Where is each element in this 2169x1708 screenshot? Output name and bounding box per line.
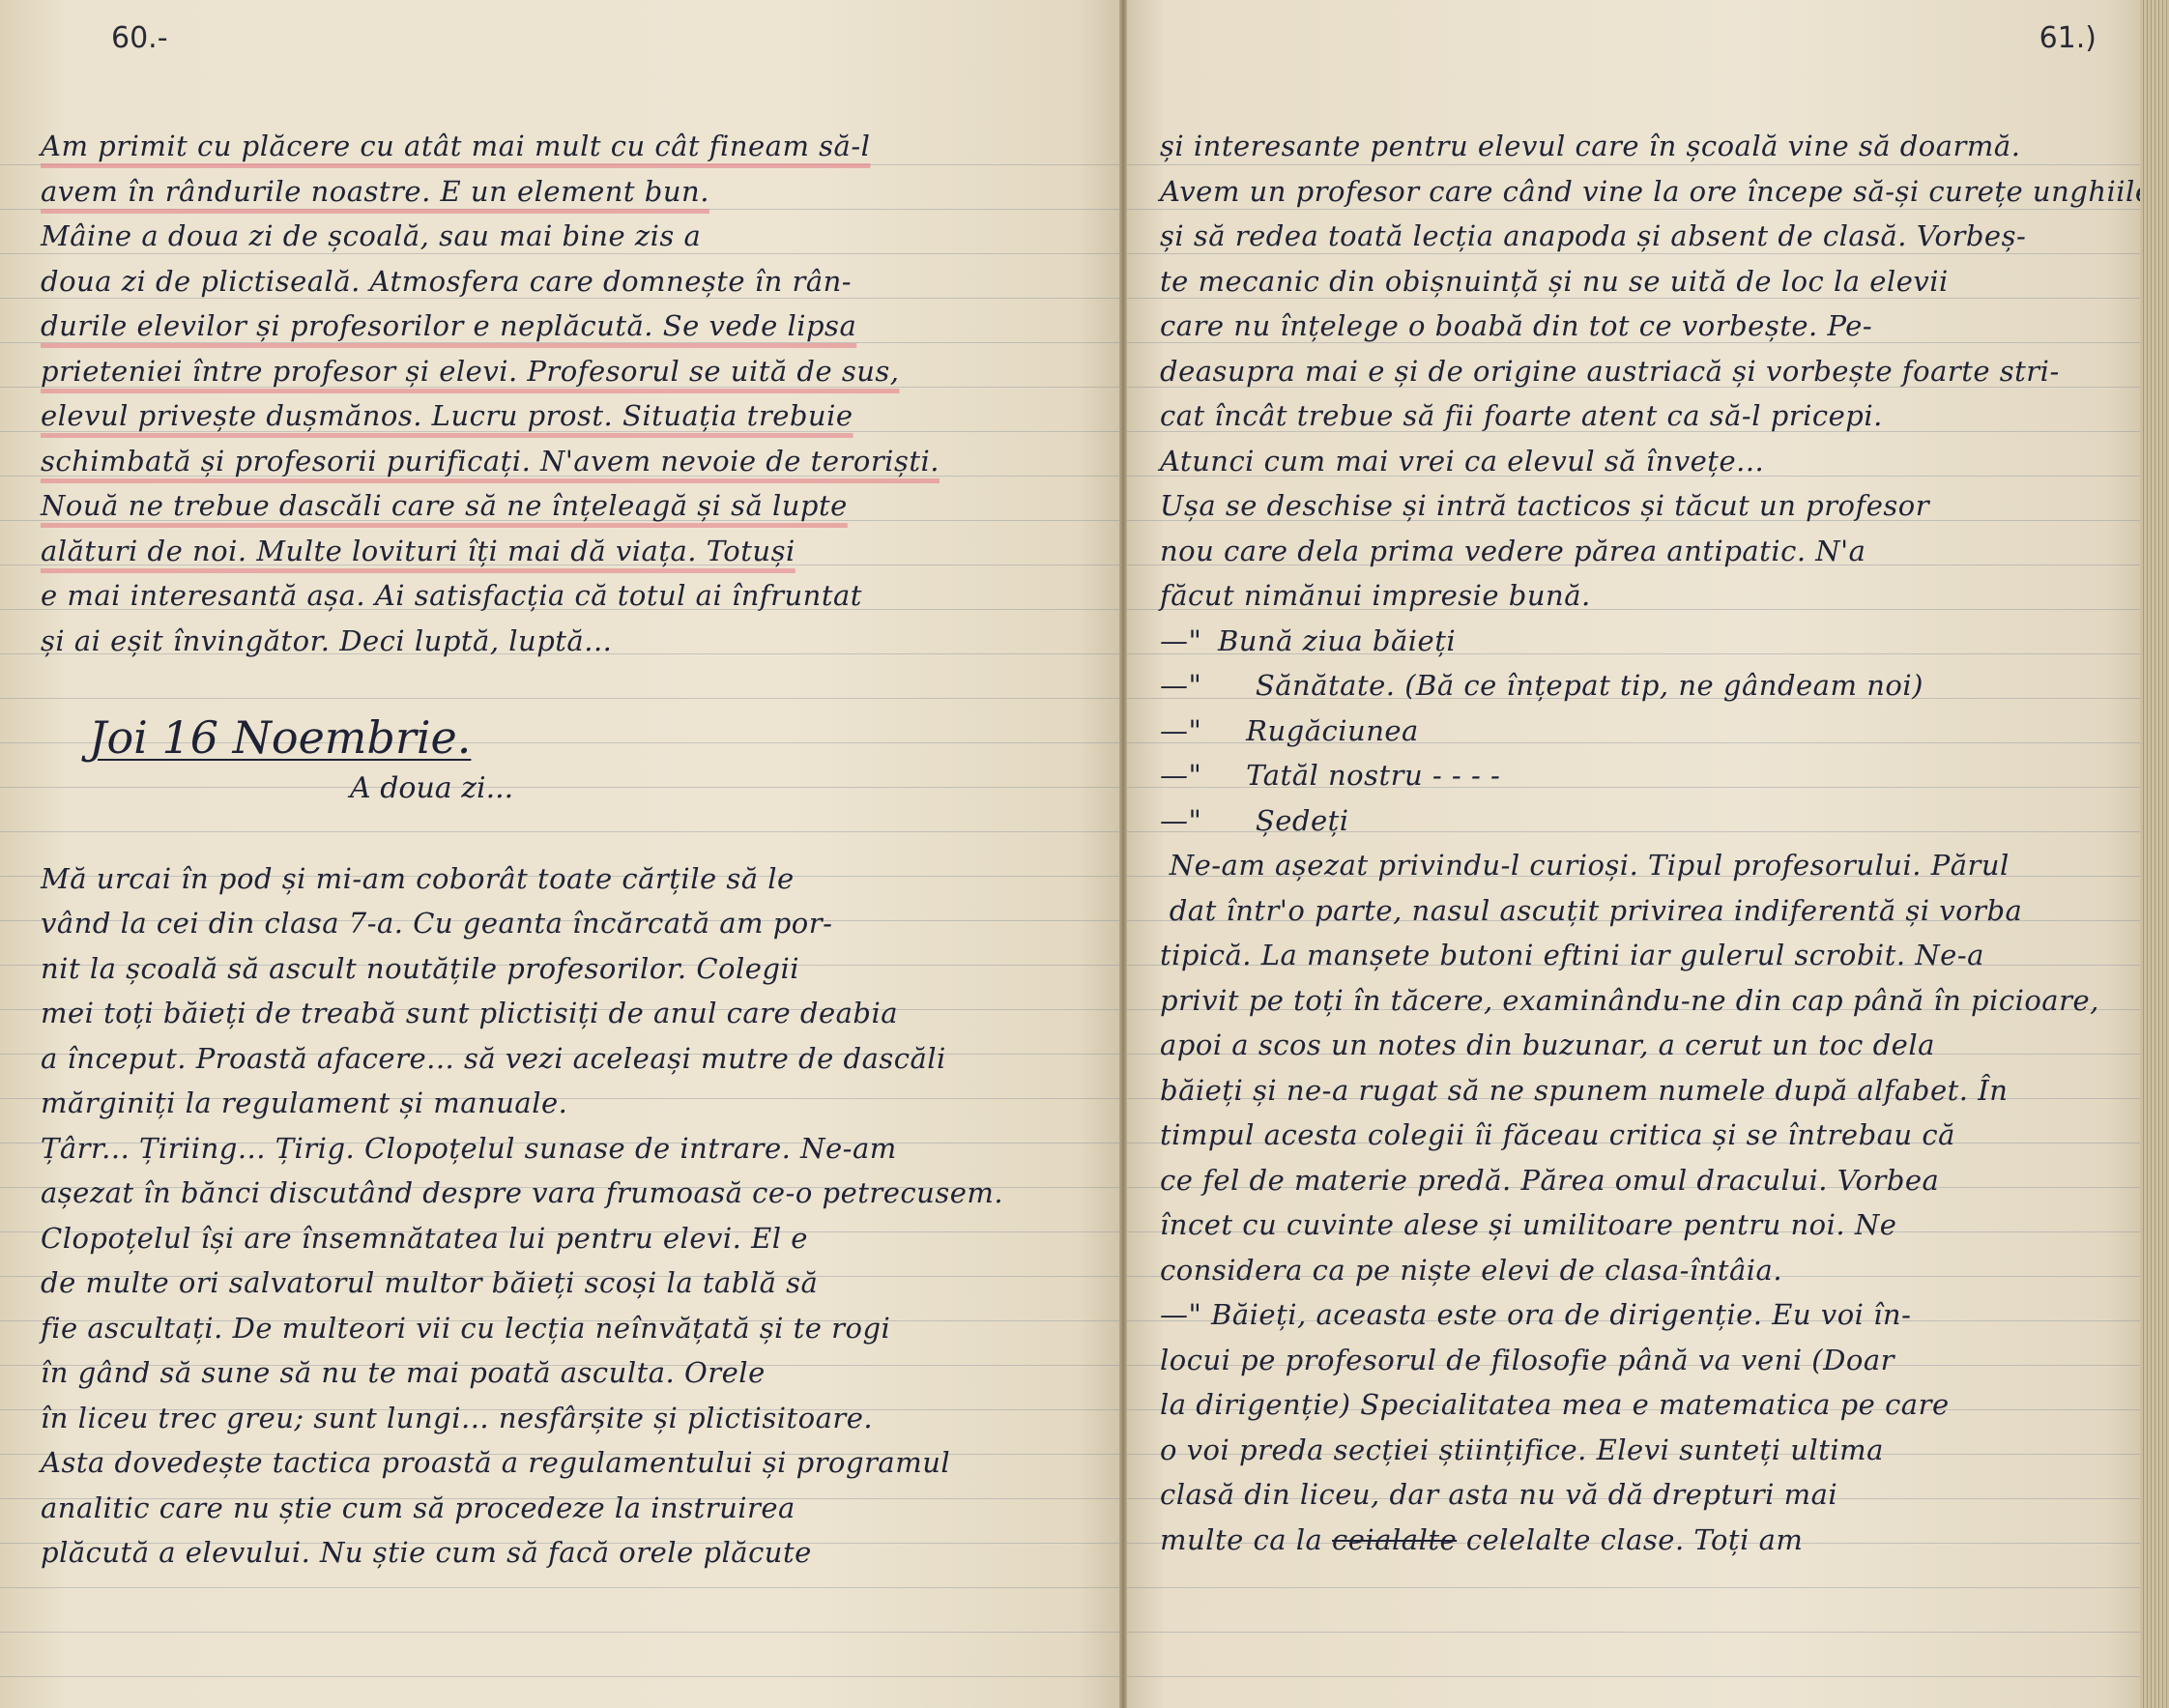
text-line: Ușa se deschise și intră tacticos și tăc…: [1160, 483, 2123, 529]
text-line: Atunci cum mai vrei ca elevul să învețe.…: [1160, 439, 2123, 484]
struck-word: ceialalte: [1332, 1523, 1457, 1556]
text-line: o voi preda secției științifice. Elevi s…: [1160, 1428, 2123, 1473]
text-line: cat încât trebue să fii foarte atent ca …: [1160, 393, 2123, 439]
page-edges: [2140, 0, 2169, 1708]
dialog-line: —" Rugăciunea: [1160, 709, 2123, 754]
text-line: mărginiți la regulament și manuale.: [41, 1081, 1084, 1126]
text-line: e mai interesantă așa. Ai satisfacția că…: [41, 573, 1084, 619]
text-line: în liceu trec greu; sunt lungi... nesfâr…: [41, 1396, 1084, 1441]
text-line: clasă din liceu, dar asta nu vă dă drept…: [1160, 1472, 2123, 1518]
text-line: și să redea toată lecția anapoda și abse…: [1160, 214, 2123, 259]
text-line: nou care dela prima vedere părea antipat…: [1160, 529, 2123, 574]
text-line: apoi a scos un notes din buzunar, a ceru…: [1160, 1023, 2123, 1068]
text-line: doua zi de plictiseală. Atmosfera care d…: [41, 259, 1084, 304]
book-spine-gutter: [1119, 0, 1127, 1708]
text-line: a început. Proastă afacere... să vezi ac…: [41, 1036, 1084, 1082]
text-line: făcut nimănui impresie bună.: [1160, 573, 2123, 619]
text-line: avem în rândurile noastre. E un element …: [41, 169, 1084, 215]
entry-date-heading: Joi 16 Noembrie.: [41, 709, 1084, 767]
text-line: Mă urcai în pod și mi-am coborât toate c…: [41, 856, 1084, 902]
text-line: locui pe profesorul de filosofie până va…: [1160, 1338, 2123, 1383]
dialog-text: Sănătate. (Bă ce înțepat tip, ne gândeam…: [1218, 669, 1923, 702]
text-line: considera ca pe niște elevi de clasa-înt…: [1160, 1248, 2123, 1293]
spacer: [41, 811, 1084, 856]
text-line: și interesante pentru elevul care în șco…: [1160, 124, 2123, 169]
text-line: Avem un profesor care când vine la ore î…: [1160, 169, 2123, 215]
text-line: alături de noi. Multe lovituri îți mai d…: [41, 529, 1084, 574]
text-line: privit pe toți în tăcere, examinându-ne …: [1160, 978, 2123, 1024]
text-line: băieți și ne-a rugat să ne spunem numele…: [1160, 1068, 2123, 1114]
text-line: elevul privește dușmănos. Lucru prost. S…: [41, 393, 1084, 439]
text-line: așezat în bănci discutând despre vara fr…: [41, 1171, 1084, 1216]
text-line: Clopoțelul își are însemnătatea lui pent…: [41, 1216, 1084, 1261]
text-line: Ne-am așezat privindu-l curioși. Tipul p…: [1160, 843, 2123, 888]
dialog-text: Rugăciunea: [1218, 714, 1419, 747]
text-line: care nu înțelege o boabă din tot ce vorb…: [1160, 304, 2123, 349]
text-line: durile elevilor și profesorilor e neplăc…: [41, 304, 1084, 349]
text-fragment: celelalte clase. Toți am: [1457, 1523, 1803, 1556]
dialog-text: Tatăl nostru - - - -: [1218, 759, 1500, 792]
page-number-left: 60.-: [111, 21, 168, 55]
text-line: ce fel de materie predă. Părea omul drac…: [1160, 1158, 2123, 1203]
text-line: Țârr... Țiriing... Țirig. Clopoțelul sun…: [41, 1126, 1084, 1172]
dialog-text: Bună ziua băieți: [1218, 624, 1456, 657]
text-line: analitic care nu știe cum să procedeze l…: [41, 1486, 1084, 1531]
entry-subheading: A doua zi...: [41, 767, 1084, 812]
dialog-dash: —": [1160, 753, 1218, 798]
text-line: Nouă ne trebue dascăli care să ne înțele…: [41, 483, 1084, 529]
text-line: timpul acesta colegii îi făceau critica …: [1160, 1113, 2123, 1158]
page-number-right: 61.): [2039, 21, 2097, 55]
dialog-dash: —": [1160, 709, 1218, 754]
dialog-dash: —": [1160, 619, 1218, 664]
text-line: la dirigenție) Specialitatea mea e matem…: [1160, 1382, 2123, 1428]
spacer: [41, 663, 1084, 709]
text-line-last: multe ca la ceialalte celelalte clase. T…: [1160, 1518, 2123, 1563]
dialog-line: —" Tatăl nostru - - - -: [1160, 753, 2123, 798]
text-line: nit la școală să ascult noutățile profes…: [41, 946, 1084, 992]
text-line: și ai eșit învingător. Deci luptă, luptă…: [41, 619, 1084, 664]
notebook-spread: 60.- Am primit cu plăcere cu atât mai mu…: [0, 0, 2169, 1708]
text-fragment: multe ca la: [1160, 1523, 1322, 1556]
text-line: —" Băieți, aceasta este ora de dirigenți…: [1160, 1292, 2123, 1338]
dialog-line: —" Sănătate. (Bă ce înțepat tip, ne gând…: [1160, 663, 2123, 709]
text-line: vând la cei din clasa 7-a. Cu geanta înc…: [41, 901, 1084, 946]
text-line: Mâine a doua zi de școală, sau mai bine …: [41, 214, 1084, 259]
text-line: schimbată și profesorii purificați. N'av…: [41, 439, 1084, 484]
dialog-line: —"Bună ziua băieți: [1160, 619, 2123, 664]
dialog-dash: —": [1160, 798, 1218, 844]
text-line: plăcută a elevului. Nu știe cum să facă …: [41, 1530, 1084, 1576]
left-page: 60.- Am primit cu plăcere cu atât mai mu…: [0, 0, 1123, 1708]
text-line: Am primit cu plăcere cu atât mai mult cu…: [41, 124, 1084, 169]
text-line: mei toți băieți de treabă sunt plictisiț…: [41, 991, 1084, 1036]
right-page-text: și interesante pentru elevul care în șco…: [1160, 124, 2123, 1562]
text-line: încet cu cuvinte alese și umilitoare pen…: [1160, 1202, 2123, 1248]
text-line: dat într'o parte, nasul ascuțit privirea…: [1160, 888, 2123, 934]
dialog-dash: —": [1160, 663, 1218, 709]
text-line: Asta dovedește tactica proastă a regulam…: [41, 1440, 1084, 1486]
text-line: tipică. La manșete butoni eftini iar gul…: [1160, 933, 2123, 978]
left-page-text: Am primit cu plăcere cu atât mai mult cu…: [41, 124, 1084, 1576]
text-line: fie ascultați. De multeori vii cu lecția…: [41, 1306, 1084, 1351]
text-line: deasupra mai e și de origine austriacă ș…: [1160, 349, 2123, 394]
text-line: de multe ori salvatorul multor băieți sc…: [41, 1260, 1084, 1306]
dialog-text: Ședeți: [1218, 804, 1349, 837]
right-page: 61.) și interesante pentru elevul care î…: [1123, 0, 2169, 1708]
text-line: în gând să sune să nu te mai poată ascul…: [41, 1350, 1084, 1396]
text-line: prieteniei între profesor și elevi. Prof…: [41, 349, 1084, 394]
text-line: te mecanic din obișnuință și nu se uită …: [1160, 259, 2123, 304]
dialog-line: —" Ședeți: [1160, 798, 2123, 844]
